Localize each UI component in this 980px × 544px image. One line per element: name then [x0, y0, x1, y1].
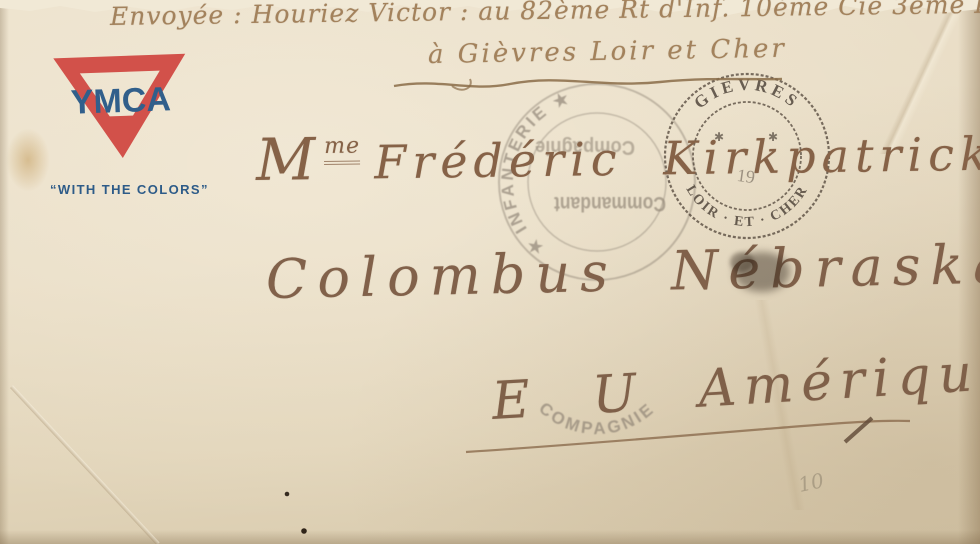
ink-dot: [285, 492, 290, 497]
underline-country: [466, 421, 910, 452]
ink-blot: [730, 252, 754, 272]
ink-marks: 10: [0, 0, 980, 544]
ink-dot: [301, 528, 307, 534]
envelope-scan: YMCA “WITH THE COLORS” ★ INFANTERIE ★ CO…: [0, 0, 980, 544]
pencil-note: 10: [796, 468, 826, 497]
underline-forwarding: [394, 79, 782, 87]
